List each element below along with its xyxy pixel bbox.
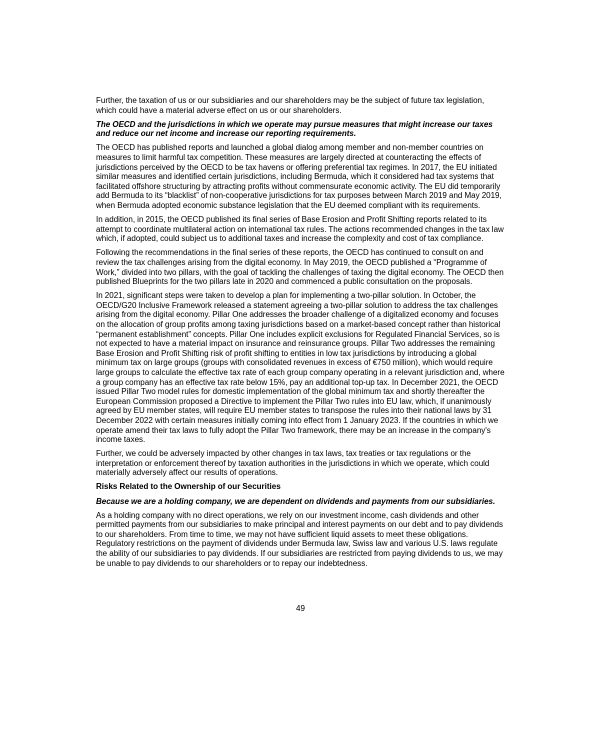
page-number: 49	[96, 604, 505, 614]
section-heading-risks-ownership-securities: Risks Related to the Ownership of our Se…	[96, 482, 505, 492]
risk-heading-oecd-jurisdictions: The OECD and the jurisdictions in which …	[96, 120, 505, 139]
risk-heading-holding-company-dividends: Because we are a holding company, we are…	[96, 497, 505, 507]
paragraph-two-pillar-solution-2021: In 2021, significant steps were taken to…	[96, 291, 505, 445]
document-page: Further, the taxation of us or our subsi…	[0, 0, 600, 744]
paragraph-programme-of-work: Following the recommendations in the fin…	[96, 248, 505, 286]
paragraph-other-tax-law-changes: Further, we could be adversely impacted …	[96, 449, 505, 478]
paragraph-oecd-reports-bermuda-blacklist: The OECD has published reports and launc…	[96, 143, 505, 210]
paragraph-holding-company-operations: As a holding company with no direct oper…	[96, 511, 505, 569]
paragraph-future-tax-legislation: Further, the taxation of us or our subsi…	[96, 96, 505, 115]
paragraph-beps-2015-reports: In addition, in 2015, the OECD published…	[96, 215, 505, 244]
